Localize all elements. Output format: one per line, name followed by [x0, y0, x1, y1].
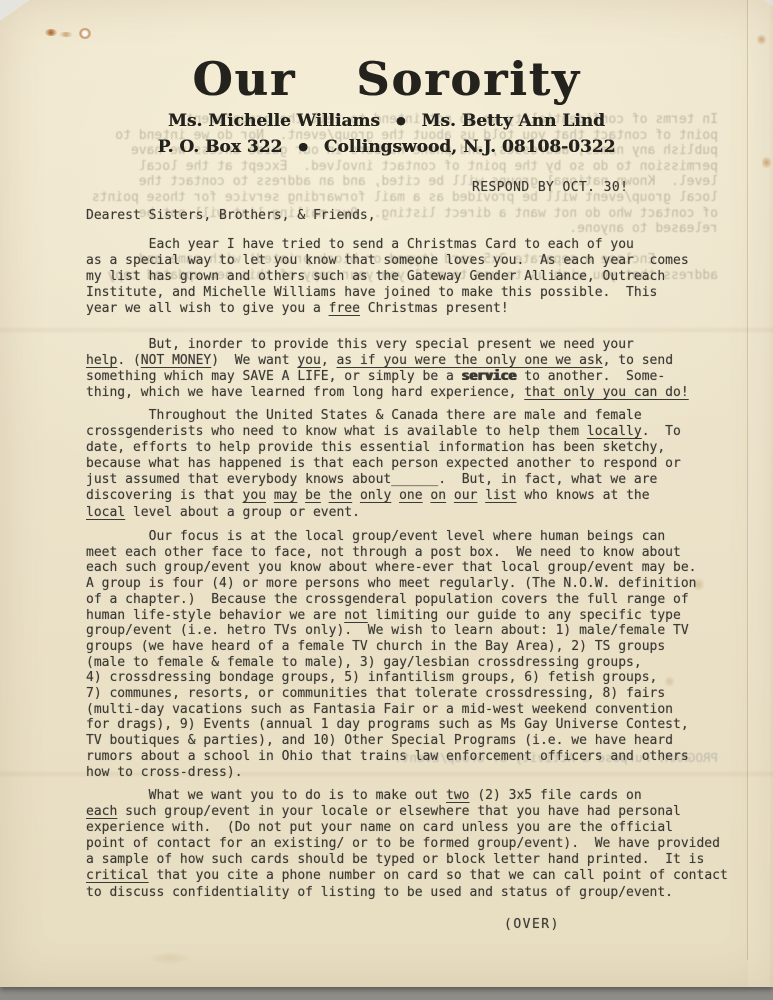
double-struck-text: service: [462, 369, 517, 384]
letter-text: group/event (i.e. hetro TVs only). We wi…: [86, 623, 689, 638]
over-label: (OVER): [504, 917, 560, 932]
letter-text: Institute, and Michelle Williams have jo…: [86, 285, 657, 300]
letter-text: human life-style behavior we are: [86, 608, 344, 623]
letter-line: TV boutiques & parties), and 10) Other S…: [86, 733, 759, 749]
letter-text: rumors about a school in Ohio that train…: [86, 749, 689, 764]
letter-text: thing, which we have learned from long h…: [86, 385, 524, 400]
letter-text: (multi-day vacations such as Fantasia Fa…: [86, 702, 673, 717]
letter-text: limiting our guide to any specific type: [368, 608, 681, 623]
letter-text: something which may SAVE A LIFE, or simp…: [86, 369, 462, 384]
letter-text: for drags), 9) Events (annual 1 day prog…: [86, 717, 689, 732]
letter-text: discovering is that: [86, 488, 243, 503]
underlined-text: free: [329, 301, 360, 316]
underlined-text: the: [329, 488, 352, 503]
underlined-text: NOT MONEY: [141, 353, 211, 368]
letter-text: a sample of how such cards should be typ…: [86, 852, 704, 867]
letter-line: experience with. (Do not put your name o…: [86, 820, 759, 836]
letter-line: rumors about a school in Ohio that train…: [86, 749, 759, 765]
letter-text: experience with. (Do not put your name o…: [86, 820, 673, 835]
letter-line: What we want you to do is to make out tw…: [86, 788, 759, 804]
letter-text: just assumed that everybody knows about: [86, 472, 391, 487]
letter-text: [321, 488, 329, 503]
underlined-text: be: [305, 488, 321, 503]
underlined-text: help: [86, 353, 117, 368]
letter-text: A group is four (4) or more persons who …: [86, 576, 696, 591]
letter-line: discovering is that you may be the only …: [86, 488, 759, 504]
underlined-text: locally: [587, 424, 642, 439]
letter-line: each such group/event you know about whe…: [86, 560, 759, 576]
letter-line: of a chapter.) Because the crossgenderal…: [86, 592, 759, 608]
letter-text: [297, 488, 305, 503]
underlined-text: you: [243, 488, 266, 503]
letter-line: groups (we have heard of a female TV chu…: [86, 639, 759, 655]
underlined-text: our: [454, 488, 477, 503]
underlined-text: one: [399, 488, 422, 503]
letter-text: ,: [321, 353, 337, 368]
letter-line: 4) crossdressing bondage groups, 5) infa…: [86, 670, 759, 686]
letter-line: (multi-day vacations such as Fantasia Fa…: [86, 702, 759, 718]
letter-line: But, inorder to provide this very specia…: [86, 337, 759, 353]
letter-line: human life-style behavior we are not lim…: [86, 608, 759, 624]
letter-line: to discuss confidentiality of listing to…: [86, 885, 759, 901]
paragraph-5: What we want you to do is to make out tw…: [86, 788, 759, 901]
letter-text: to another. Some-: [516, 369, 665, 384]
letter-text: year we all wish to give you a: [86, 301, 329, 316]
letter-line: date, efforts to help provide this essen…: [86, 440, 759, 456]
letter-text: crossgenderists who need to know what is…: [86, 424, 587, 439]
paragraph-3: Throughout the United States & Canada th…: [86, 408, 759, 521]
letter-line: how to cross-dress).: [86, 765, 759, 781]
paragraph-1: Each year I have tried to send a Christm…: [86, 237, 759, 317]
letter-line: for drags), 9) Events (annual 1 day prog…: [86, 717, 759, 733]
letter-text: because what has happened is that each p…: [86, 456, 681, 471]
letter-line: each such group/event in your locale or …: [86, 804, 759, 820]
letter-line: 7) communes, resorts, or communities tha…: [86, 686, 759, 702]
underlined-text: you: [297, 353, 320, 368]
letter-line: Institute, and Michelle Williams have jo…: [86, 285, 759, 301]
letter-text: each such group/event you know about whe…: [86, 560, 696, 575]
letter-line: (male to female & female to male), 3) ga…: [86, 655, 759, 671]
underlined-text: not: [344, 608, 367, 623]
underlined-text: only: [360, 488, 391, 503]
letter-line: as a special way to let you know that so…: [86, 253, 759, 269]
letter-text: But, inorder to provide this very specia…: [86, 337, 634, 352]
letter-text: ) We want: [211, 353, 297, 368]
underlined-text: two: [446, 788, 469, 803]
letter-text: . To: [642, 424, 681, 439]
underlined-text: critical: [86, 868, 149, 883]
letter-line: help. (NOT MONEY) We want you, as if you…: [86, 353, 759, 369]
letter-line: A group is four (4) or more persons who …: [86, 576, 759, 592]
letter-text: 7) communes, resorts, or communities tha…: [86, 686, 665, 701]
letter-text: date, efforts to help provide this essen…: [86, 440, 665, 455]
letter-text: ______: [391, 472, 438, 487]
letter-text: how to cross-dress).: [86, 765, 243, 780]
letter-body: Each year I have tried to send a Christm…: [0, 0, 773, 987]
letter-text: point of contact for an existing/ or to …: [86, 836, 720, 851]
letter-text: Our focus is at the local group/event le…: [86, 529, 665, 544]
letter-line: Throughout the United States & Canada th…: [86, 408, 759, 424]
underlined-text: on: [430, 488, 446, 503]
letter-line: year we all wish to give you a free Chri…: [86, 301, 759, 317]
underlined-text: each: [86, 804, 117, 819]
letter-line: local level about a group or event.: [86, 505, 759, 521]
underlined-text: list: [485, 488, 516, 503]
letter-paper: In terms of confidentiality we do not in…: [0, 0, 773, 987]
letter-text: (male to female & female to male), 3) ga…: [86, 655, 642, 670]
letter-text: [266, 488, 274, 503]
letter-text: 4) crossdressing bondage groups, 5) infa…: [86, 670, 657, 685]
letter-line: meet each other face to face, not throug…: [86, 545, 759, 561]
letter-text: groups (we have heard of a female TV chu…: [86, 639, 665, 654]
letter-text: who knows at the: [517, 488, 650, 503]
paragraph-4: Our focus is at the local group/event le…: [86, 529, 759, 780]
letter-text: . (: [117, 353, 140, 368]
letter-text: of a chapter.) Because the crossgenderal…: [86, 592, 689, 607]
letter-text: meet each other face to face, not throug…: [86, 545, 681, 560]
letter-text: to discuss confidentiality of listing to…: [86, 885, 673, 900]
underlined-text: that only you can do!: [524, 385, 688, 400]
letter-line: critical that you cite a phone number on…: [86, 868, 759, 884]
letter-text: Throughout the United States & Canada th…: [86, 408, 642, 423]
letter-line: group/event (i.e. hetro TVs only). We wi…: [86, 623, 759, 639]
letter-line: because what has happened is that each p…: [86, 456, 759, 472]
letter-text: Christmas present!: [360, 301, 509, 316]
letter-text: that you cite a phone number on card so …: [149, 868, 728, 883]
scanned-letter-page: { "colors": { "paper": "#EBE2C9", "ink":…: [0, 0, 773, 1000]
letter-text: TV boutiques & parties), and 10) Other S…: [86, 733, 673, 748]
letter-line: Our focus is at the local group/event le…: [86, 529, 759, 545]
letter-line: point of contact for an existing/ or to …: [86, 836, 759, 852]
paragraph-2: But, inorder to provide this very specia…: [86, 337, 759, 401]
letter-line: thing, which we have learned from long h…: [86, 385, 759, 401]
letter-text: What we want you to do is to make out: [86, 788, 446, 803]
letter-text: such group/event in your locale or elsew…: [117, 804, 681, 819]
letter-line: Each year I have tried to send a Christm…: [86, 237, 759, 253]
letter-text: [352, 488, 360, 503]
letter-text: level about a group or event.: [125, 505, 360, 520]
letter-text: Each year I have tried to send a Christm…: [86, 237, 634, 252]
letter-line: just assumed that everybody knows about_…: [86, 472, 759, 488]
letter-line: something which may SAVE A LIFE, or simp…: [86, 369, 759, 385]
letter-text: (2) 3x5 file cards on: [470, 788, 642, 803]
letter-text: my list has grown and others such as the…: [86, 269, 665, 284]
underlined-text: as if you were the only one we ask: [336, 353, 602, 368]
underlined-text: local: [86, 505, 125, 520]
letter-text: . But, in fact, what we are: [438, 472, 657, 487]
letter-line: my list has grown and others such as the…: [86, 269, 759, 285]
letter-line: crossgenderists who need to know what is…: [86, 424, 759, 440]
letter-text: , to send: [603, 353, 673, 368]
letter-text: [446, 488, 454, 503]
letter-text: as a special way to let you know that so…: [86, 253, 689, 268]
underlined-text: may: [274, 488, 297, 503]
letter-text: [391, 488, 399, 503]
letter-line: a sample of how such cards should be typ…: [86, 852, 759, 868]
